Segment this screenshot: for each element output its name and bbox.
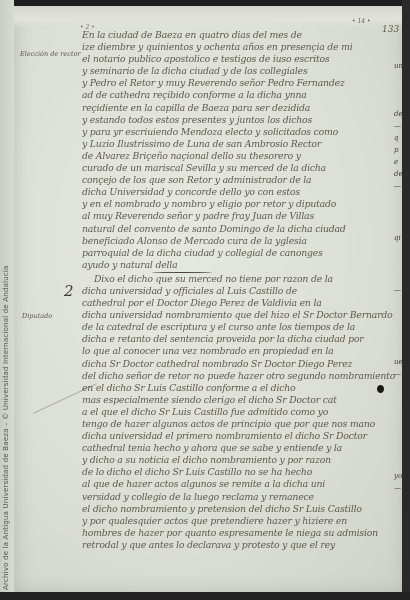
page-bottom-edge [0, 592, 410, 600]
right-margin-mark: — [394, 284, 402, 296]
right-margin-mark: — [394, 180, 402, 192]
text-line: dicha e retanto del sentencia proveida p… [82, 334, 400, 346]
text-line: versidad y collegio de la luego reclama … [82, 492, 400, 504]
margin-note-election: Elección de rector [20, 50, 81, 58]
paragraph-end-flourish [152, 271, 212, 273]
text-line: y estando todos estos presentes y juntos… [82, 115, 400, 127]
text-line: al muy Reverendo señor y padre fray Juan… [82, 211, 400, 223]
text-line: y seminario de la dicha ciudad y de los … [82, 66, 400, 78]
text-line: a el que el dicho Sr Luis Castillo fue a… [82, 407, 400, 419]
manuscript-body: En la ciudad de Baeza en quatro dias del… [82, 30, 400, 552]
attribution-text: Archivo de la Antigua Universidad de Bae… [1, 266, 10, 590]
text-line: natural del convento de santo Domingo de… [82, 224, 400, 236]
text-line: cathedral tenia hecho y ahora que se sab… [82, 443, 400, 455]
text-line: dicha universidad y officiales al Luis C… [82, 286, 400, 298]
text-line: y dicho a su noticia el dicho nombramien… [82, 455, 400, 467]
text-line: del dicho señor de retor no puede hazer … [82, 371, 400, 383]
page-fold-shadow [14, 6, 406, 28]
text-line: En la ciudad de Baeza en quatro dias del… [82, 30, 400, 42]
text-line: ad de cathedra reçibido conforme a la di… [82, 90, 400, 102]
right-margin-mark: yo [394, 470, 402, 482]
right-margin-mark: un [394, 60, 402, 72]
text-line: mas especialmente siendo clerigo el dich… [82, 395, 400, 407]
text-line: tengo de hazer algunos actos de principi… [82, 419, 400, 431]
text-line: dicha Sr Doctor cathedral nombrado Sr Do… [82, 359, 400, 371]
right-margin-mark: p [394, 144, 402, 156]
text-line: reçidiente en la capilla de Baeza para s… [82, 103, 400, 115]
text-line: conçejo de los que son Retor y administr… [82, 175, 400, 187]
text-line: y para yr escriuiendo Mendoza electo y s… [82, 127, 400, 139]
right-margin-mark: ue [394, 356, 402, 368]
right-margin-marks: un de — q p e de — qi — ue — yo — [394, 60, 402, 494]
text-line: Dixo el dicho que su merced no tiene por… [82, 274, 400, 286]
folio-marks: • 14 • [352, 18, 371, 25]
paragraph-1: En la ciudad de Baeza en quatro dias del… [82, 30, 400, 272]
text-line: y por qualesquier actos que pretendiere … [82, 516, 400, 528]
paragraph-2: Dixo el dicho que su merced no tiene por… [82, 274, 400, 552]
text-line: hombres de hazer por quanto espresamente… [82, 528, 400, 540]
text-line: retrodal y que antes lo declarava y prot… [82, 540, 400, 552]
right-margin-mark: q [394, 132, 402, 144]
text-line: y Luzio Ilustrissimo de Luna de san Ambr… [82, 139, 400, 151]
text-line: de Alvarez Briçeño naçional dello su the… [82, 151, 400, 163]
margin-note-diputado: Diputado [22, 312, 52, 320]
right-margin-mark: qi [394, 232, 402, 244]
text-line: ayudo y natural della [82, 260, 400, 272]
text-line: cathedral por el Doctor Diego Perez de V… [82, 298, 400, 310]
text-line: dicha universidad el primero nombramient… [82, 431, 400, 443]
text-line: y en el nombrado y nombro y eligio por r… [82, 199, 400, 211]
text-line: al que de hazer actos algunos se remite … [82, 479, 400, 491]
text-line: beneficiado Alonso de Mercado cura de la… [82, 236, 400, 248]
ink-blot [377, 385, 384, 393]
text-line: parroquial de la dicha ciudad y collegia… [82, 248, 400, 260]
text-line: de lo dicho el dicho Sr Luis Castillo no… [82, 467, 400, 479]
text-line: de la catedral de escriptura y el curso … [82, 322, 400, 334]
right-margin-mark: de [394, 108, 402, 120]
text-line: el dicho nombramiento y pretension del d… [82, 504, 400, 516]
attribution-strip: Archivo de la Antigua Universidad de Bae… [0, 0, 14, 600]
text-line: ize diembre y quinientos y ochenta años … [82, 42, 400, 54]
text-line: en el dicho Sr Luis Castillo conforme a … [82, 383, 400, 395]
right-margin-mark: — [394, 482, 402, 494]
text-line: dicha Universidad y concorde dello yo co… [82, 187, 400, 199]
right-margin-mark: — [394, 120, 402, 132]
text-line: dicha universidad nombramiento que del h… [82, 310, 400, 322]
text-line: el notario publico apostolico e testigos… [82, 54, 400, 66]
right-margin-mark: — [394, 368, 402, 380]
right-margin-mark: de [394, 168, 402, 180]
section-marker: 2 [64, 282, 74, 300]
text-line: curado de un mariscal Sevilla y su merce… [82, 163, 400, 175]
text-line: lo que al conocer una vez nombrado en pr… [82, 346, 400, 358]
text-line: y Pedro el Retor y muy Reverendo señor P… [82, 78, 400, 90]
page-right-edge [402, 0, 410, 600]
right-margin-mark: e [394, 156, 402, 168]
